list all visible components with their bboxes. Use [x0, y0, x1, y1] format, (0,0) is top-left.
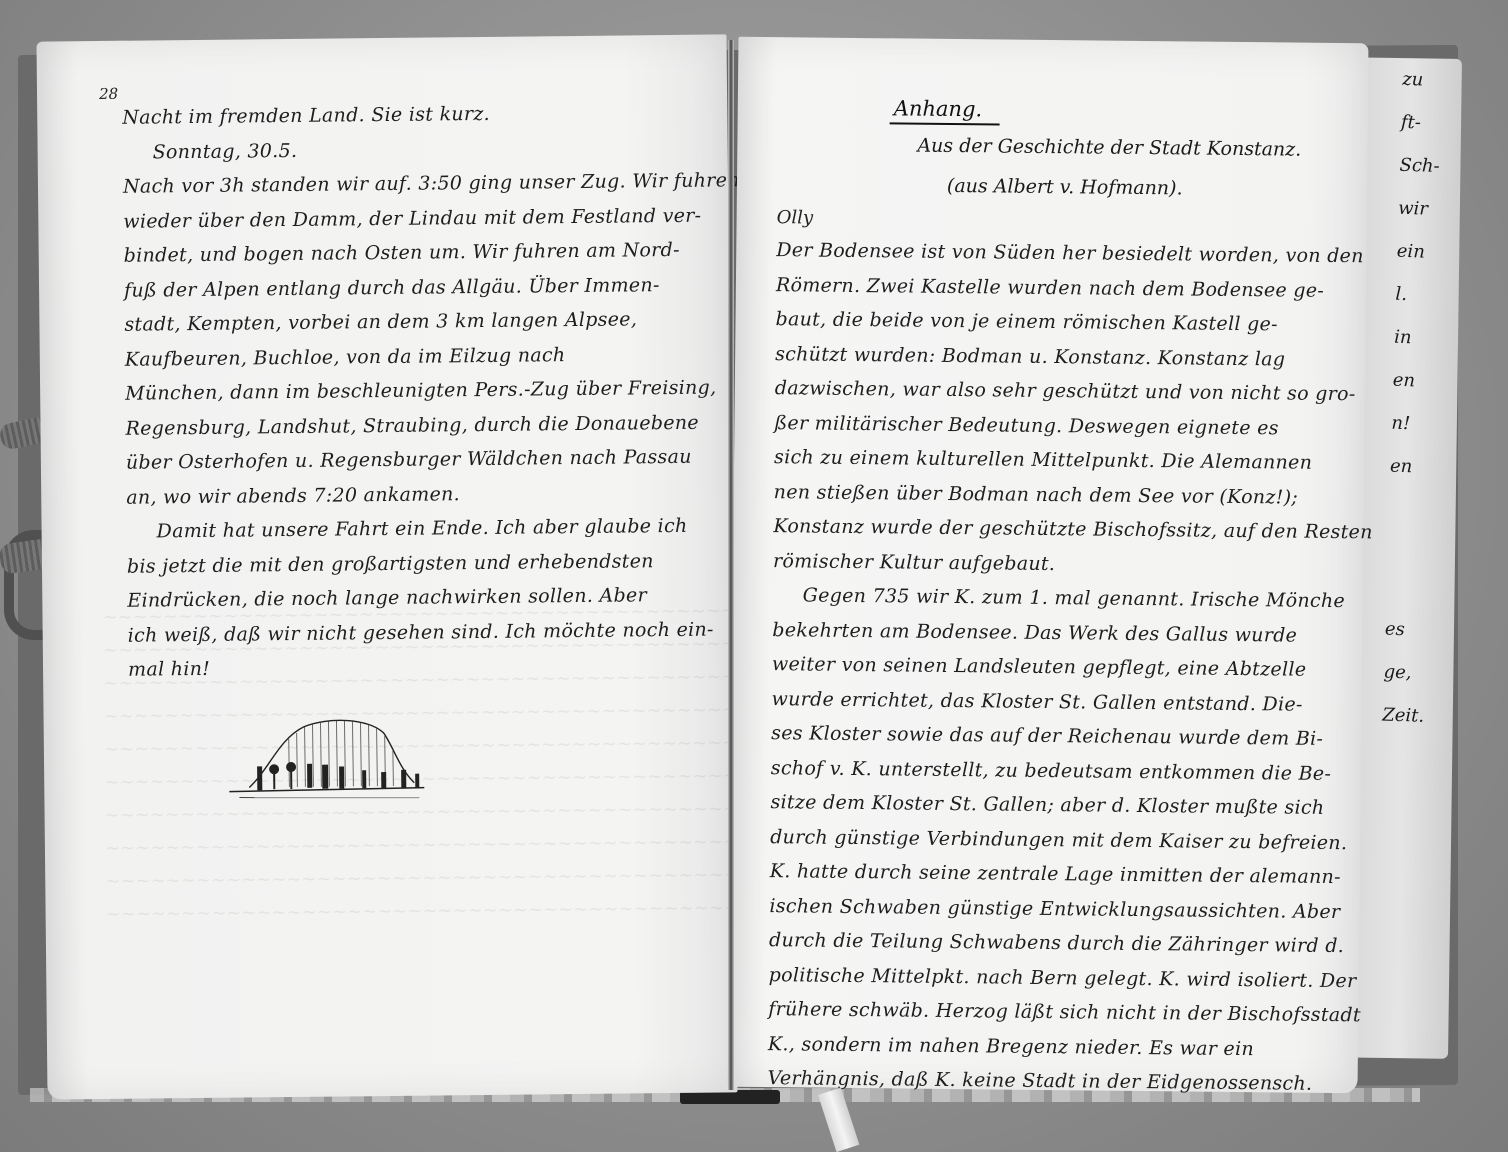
text-line: ses Kloster sowie das auf der Reichenau … [771, 716, 1371, 757]
right-edge-fragments: zu ft- Sch- wir ein l. in en n! en es ge… [1382, 58, 1445, 738]
text-line: bis jetzt die mit den großartigsten und … [127, 543, 744, 584]
text-line: weiter von seinen Landsleuten gepflegt, … [772, 647, 1372, 688]
edge-fragment: en [1389, 445, 1432, 489]
section-title: Aus der Geschichte der Stadt Konstanz. [917, 135, 1301, 161]
edge-fragment: n! [1391, 402, 1434, 446]
text-line: Gegen 735 wir K. zum 1. mal genannt. Iri… [772, 578, 1372, 619]
text-line: durch die Teilung Schwabens durch die Zä… [769, 923, 1369, 964]
edge-fragment: ein [1396, 230, 1439, 274]
edge-fragment: Sch- [1399, 144, 1442, 188]
text-line: K. hatte durch seine zentrale Lage inmit… [770, 854, 1370, 895]
text-line: Damit hat unsere Fahrt ein Ende. Ich abe… [126, 508, 743, 549]
edge-fragment: en [1392, 359, 1435, 403]
text-line: sitze dem Kloster St. Gallen; aber d. Kl… [770, 785, 1370, 826]
text-line: München, dann im beschleunigten Pers.-Zu… [125, 370, 742, 411]
section-source: (aus Albert v. Hofmann). [947, 175, 1183, 199]
text-line: über Osterhofen u. Regensburger Wäldchen… [126, 439, 743, 480]
text-line: Der Bodensee ist von Süden her besiedelt… [776, 233, 1376, 274]
text-line: ich weiß, daß wir nicht gesehen sind. Ic… [128, 612, 745, 653]
edge-fragment: wir [1398, 187, 1441, 231]
page-number: 28 [99, 85, 118, 103]
text-line: bindet, und bogen nach Osten um. Wir fuh… [124, 232, 741, 273]
hill-with-trees-sketch [218, 708, 429, 805]
text-line: Konstanz wurde der geschützte Bischofssi… [773, 509, 1373, 550]
text-line: fuß der Alpen entlang durch das Allgäu. … [124, 267, 741, 308]
text-line: Verhängnis, daß K. keine Stadt in der Ei… [767, 1061, 1367, 1102]
text-line: frühere schwäb. Herzog läßt sich nicht i… [768, 992, 1368, 1033]
edge-fragment: ft- [1400, 101, 1443, 145]
text-line: mal hin! [128, 646, 745, 687]
left-page-handwriting: Nacht im fremden Land. Sie ist kurz. Son… [122, 94, 745, 687]
right-page-handwriting: Der Bodensee ist von Süden her besiedelt… [767, 233, 1375, 1102]
margin-note: Olly [777, 207, 814, 228]
text-line: dazwischen, war also sehr geschützt und … [775, 371, 1375, 412]
edge-fragment: l. [1395, 273, 1438, 317]
edge-fragment: zu [1402, 58, 1445, 102]
text-line: baut, die beide von je einem römischen K… [775, 302, 1375, 343]
edge-fragment: es [1384, 608, 1427, 652]
left-page: ~~~~~~~~~~~~~~~~~~~~~~~~~~~~~~~~~~~~~~~~… [36, 34, 737, 1099]
text-line: sich zu einem kulturellen Mittelpunkt. D… [774, 440, 1374, 481]
edge-fragment: Zeit. [1382, 693, 1425, 737]
page-gutter [728, 40, 734, 1090]
appendix-heading: Anhang. [890, 96, 1001, 125]
right-page: Anhang. Aus der Geschichte der Stadt Kon… [728, 37, 1369, 1094]
edge-fragment: in [1393, 316, 1436, 360]
edge-fragment: ge, [1383, 650, 1426, 694]
text-line: Nach vor 3h standen wir auf. 3:50 ging u… [123, 163, 740, 204]
